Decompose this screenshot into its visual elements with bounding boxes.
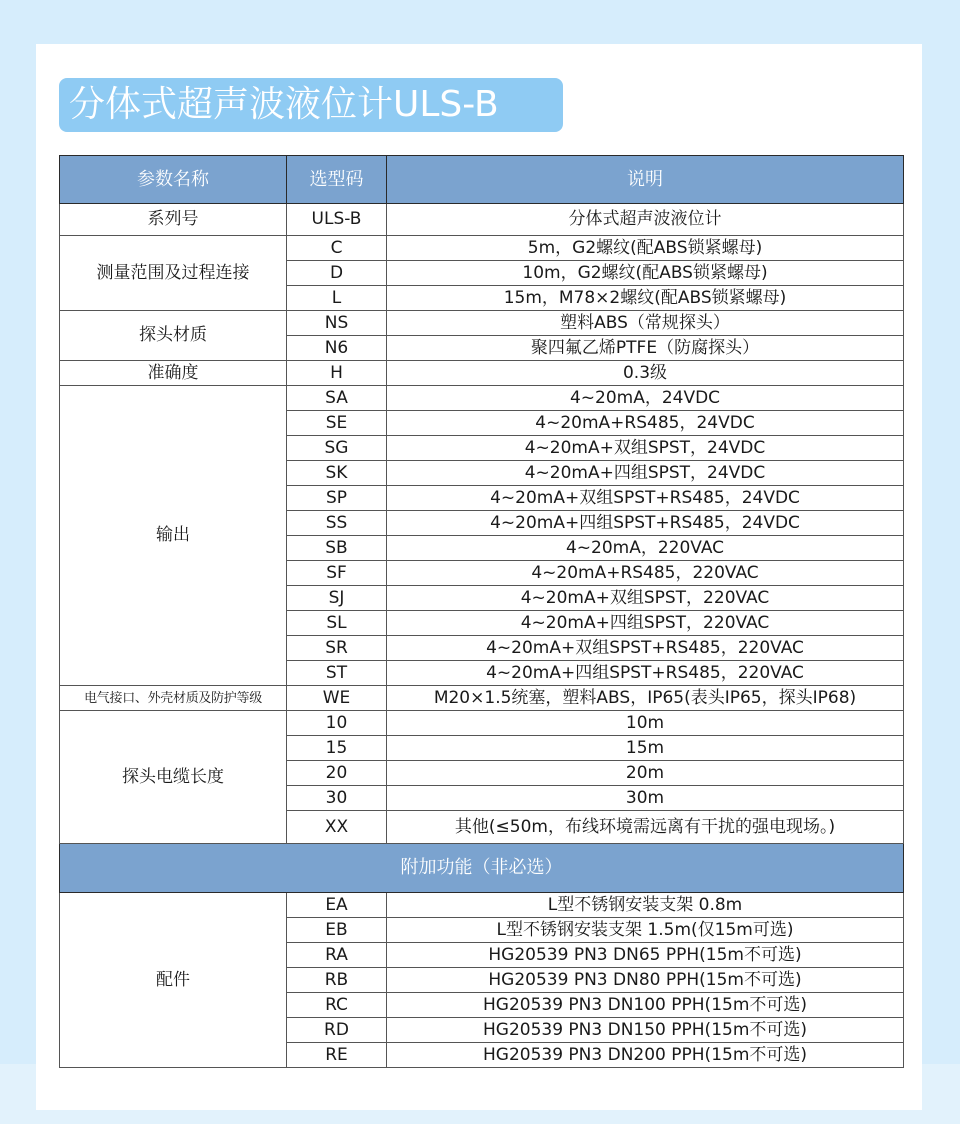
param-name: 探头电缆长度 xyxy=(60,711,287,844)
desc-cell: 4~20mA+四组SPST，220VAC xyxy=(387,611,904,636)
desc-cell: HG20539 PN3 DN100 PPH(15m不可选) xyxy=(387,993,904,1018)
code-cell: D xyxy=(287,261,387,286)
desc-cell: 5m，G2螺纹(配ABS锁紧螺母) xyxy=(387,236,904,261)
desc-cell: 4~20mA+RS485，220VAC xyxy=(387,561,904,586)
desc-cell: 4~20mA+RS485，24VDC xyxy=(387,411,904,436)
desc-cell: 其他(≤50m，布线环境需远离有干扰的强电现场。) xyxy=(387,811,904,844)
desc-cell: 4~20mA+双组SPST+RS485，24VDC xyxy=(387,486,904,511)
desc-cell: 分体式超声波液位计 xyxy=(387,204,904,236)
spec-table: 参数名称 选型码 说明 系列号 ULS-B 分体式超声波液位计 测量范围及过程连… xyxy=(59,155,904,1068)
desc-cell: 塑料ABS（常规探头） xyxy=(387,311,904,336)
code-cell: L xyxy=(287,286,387,311)
header-param-name: 参数名称 xyxy=(60,156,287,204)
code-cell: 20 xyxy=(287,761,387,786)
code-cell: SB xyxy=(287,536,387,561)
code-cell: SJ xyxy=(287,586,387,611)
code-cell: SL xyxy=(287,611,387,636)
param-name: 输出 xyxy=(60,386,287,686)
code-cell: RB xyxy=(287,968,387,993)
desc-cell: HG20539 PN3 DN150 PPH(15m不可选) xyxy=(387,1018,904,1043)
desc-cell: 30m xyxy=(387,786,904,811)
code-cell: 30 xyxy=(287,786,387,811)
code-cell: N6 xyxy=(287,336,387,361)
table-row: 电气接口、外壳材质及防护等级 WE M20×1.5统塞，塑料ABS，IP65(表… xyxy=(60,686,904,711)
desc-cell: 4~20mA+双组SPST+RS485，220VAC xyxy=(387,636,904,661)
desc-cell: 4~20mA+双组SPST，24VDC xyxy=(387,436,904,461)
desc-cell: 4~20mA+四组SPST+RS485，24VDC xyxy=(387,511,904,536)
desc-cell: 4~20mA+四组SPST，24VDC xyxy=(387,461,904,486)
param-name: 探头材质 xyxy=(60,311,287,361)
content-card: 分体式超声波液位计ULS-B 参数名称 选型码 说明 系列号 ULS-B 分体式… xyxy=(36,44,922,1110)
desc-cell: 4~20mA+四组SPST+RS485，220VAC xyxy=(387,661,904,686)
code-cell: RA xyxy=(287,943,387,968)
desc-cell: L型不锈钢安装支架 0.8m xyxy=(387,893,904,918)
desc-cell: 0.3级 xyxy=(387,361,904,386)
code-cell: SF xyxy=(287,561,387,586)
desc-cell: L型不锈钢安装支架 1.5m(仅15m可选) xyxy=(387,918,904,943)
code-cell: C xyxy=(287,236,387,261)
param-name: 配件 xyxy=(60,893,287,1068)
desc-cell: 15m，M78×2螺纹(配ABS锁紧螺母) xyxy=(387,286,904,311)
table-row: 准确度 H 0.3级 xyxy=(60,361,904,386)
desc-cell: 15m xyxy=(387,736,904,761)
desc-cell: 10m xyxy=(387,711,904,736)
table-row: 探头电缆长度 10 10m xyxy=(60,711,904,736)
code-cell: SK xyxy=(287,461,387,486)
code-cell: XX xyxy=(287,811,387,844)
param-name: 测量范围及过程连接 xyxy=(60,236,287,311)
page-title: 分体式超声波液位计ULS-B xyxy=(59,78,563,132)
desc-cell: 4~20mA，220VAC xyxy=(387,536,904,561)
code-cell: SG xyxy=(287,436,387,461)
code-cell: NS xyxy=(287,311,387,336)
code-cell: EB xyxy=(287,918,387,943)
code-cell: RC xyxy=(287,993,387,1018)
header-code: 选型码 xyxy=(287,156,387,204)
table-row: 输出 SA 4~20mA，24VDC xyxy=(60,386,904,411)
code-cell: 15 xyxy=(287,736,387,761)
header-description: 说明 xyxy=(387,156,904,204)
table-row: 系列号 ULS-B 分体式超声波液位计 xyxy=(60,204,904,236)
code-cell: H xyxy=(287,361,387,386)
desc-cell: 10m，G2螺纹(配ABS锁紧螺母) xyxy=(387,261,904,286)
desc-cell: 4~20mA+双组SPST，220VAC xyxy=(387,586,904,611)
code-cell: RE xyxy=(287,1043,387,1068)
code-cell: ULS-B xyxy=(287,204,387,236)
table-header-row: 参数名称 选型码 说明 xyxy=(60,156,904,204)
code-cell: WE xyxy=(287,686,387,711)
table-row: 探头材质 NS 塑料ABS（常规探头） xyxy=(60,311,904,336)
desc-cell: 4~20mA，24VDC xyxy=(387,386,904,411)
code-cell: ST xyxy=(287,661,387,686)
desc-cell: HG20539 PN3 DN65 PPH(15m不可选) xyxy=(387,943,904,968)
code-cell: SE xyxy=(287,411,387,436)
param-name: 系列号 xyxy=(60,204,287,236)
table-row: 配件 EA L型不锈钢安装支架 0.8m xyxy=(60,893,904,918)
desc-cell: 20m xyxy=(387,761,904,786)
param-name: 准确度 xyxy=(60,361,287,386)
section-header-row: 附加功能（非必选） xyxy=(60,844,904,893)
code-cell: SA xyxy=(287,386,387,411)
desc-cell: HG20539 PN3 DN80 PPH(15m不可选) xyxy=(387,968,904,993)
code-cell: SP xyxy=(287,486,387,511)
code-cell: SS xyxy=(287,511,387,536)
code-cell: SR xyxy=(287,636,387,661)
table-row: 测量范围及过程连接 C 5m，G2螺纹(配ABS锁紧螺母) xyxy=(60,236,904,261)
desc-cell: HG20539 PN3 DN200 PPH(15m不可选) xyxy=(387,1043,904,1068)
desc-cell: M20×1.5统塞，塑料ABS，IP65(表头IP65，探头IP68) xyxy=(387,686,904,711)
section-title: 附加功能（非必选） xyxy=(60,844,904,893)
desc-cell: 聚四氟乙烯PTFE（防腐探头） xyxy=(387,336,904,361)
code-cell: RD xyxy=(287,1018,387,1043)
param-name: 电气接口、外壳材质及防护等级 xyxy=(60,686,287,711)
code-cell: EA xyxy=(287,893,387,918)
code-cell: 10 xyxy=(287,711,387,736)
